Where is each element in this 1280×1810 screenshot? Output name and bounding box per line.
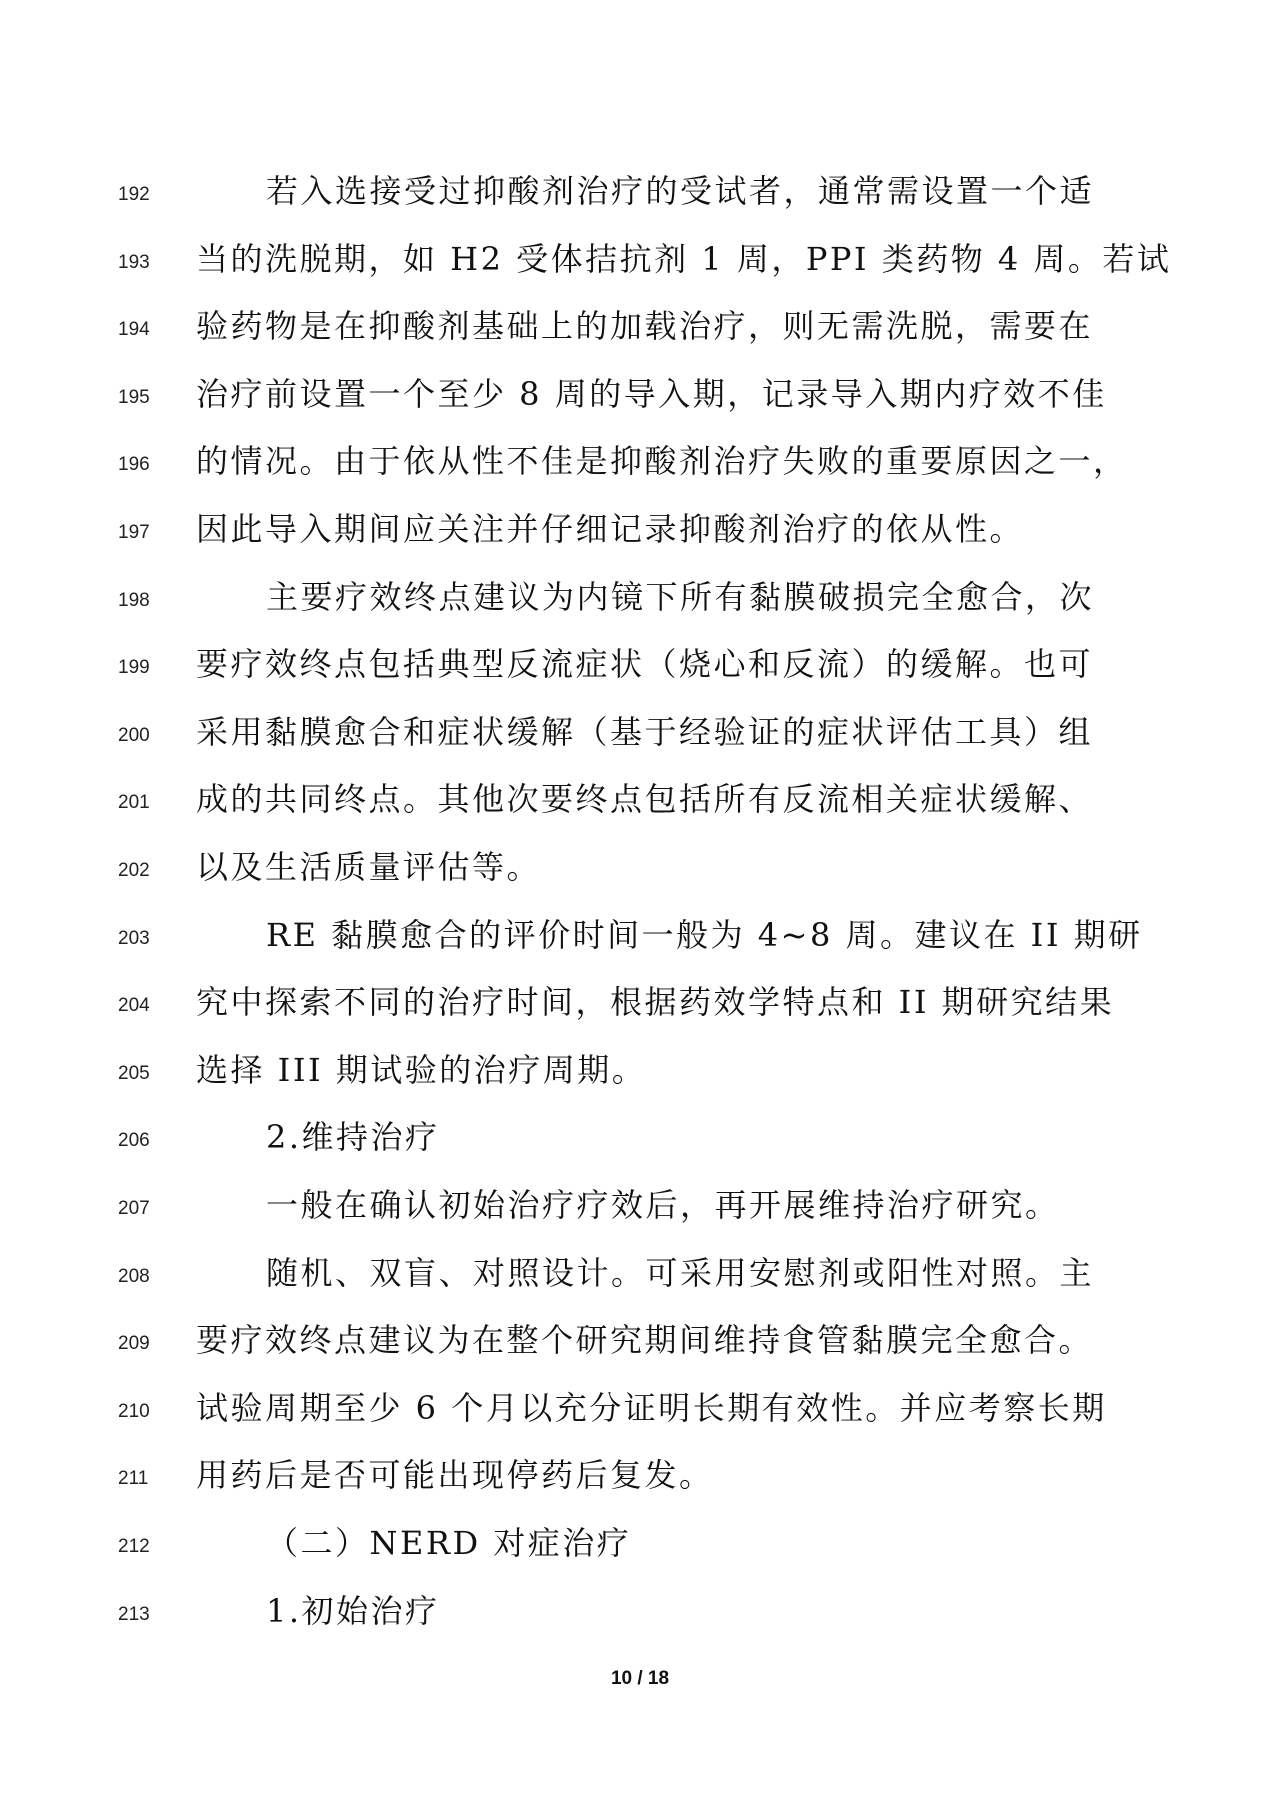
text-line: 209要疗效终点建议为在整个研究期间维持食管黏膜完全愈合。 bbox=[0, 1309, 1280, 1377]
line-number: 208 bbox=[118, 1266, 168, 1288]
line-text: 主要疗效终点建议为内镜下所有黏膜破损完全愈合，次 bbox=[266, 572, 1094, 618]
text-line: 201成的共同终点。其他次要终点包括所有反流相关症状缓解、 bbox=[0, 768, 1280, 836]
line-number: 195 bbox=[118, 387, 168, 409]
line-number: 206 bbox=[118, 1130, 168, 1152]
line-text: RE 黏膜愈合的评价时间一般为 4~8 周。建议在 II 期研 bbox=[266, 910, 1143, 956]
text-line: 198主要疗效终点建议为内镜下所有黏膜破损完全愈合，次 bbox=[0, 566, 1280, 634]
text-line: 193当的洗脱期，如 H2 受体拮抗剂 1 周，PPI 类药物 4 周。若试 bbox=[0, 228, 1280, 296]
line-text: 成的共同终点。其他次要终点包括所有反流相关症状缓解、 bbox=[196, 774, 1093, 820]
line-number: 202 bbox=[118, 860, 168, 882]
text-line: 210试验周期至少 6 个月以充分证明长期有效性。并应考察长期 bbox=[0, 1377, 1280, 1445]
line-text: 以及生活质量评估等。 bbox=[196, 842, 541, 888]
line-text: 试验周期至少 6 个月以充分证明长期有效性。并应考察长期 bbox=[196, 1383, 1107, 1429]
text-line: 194验药物是在抑酸剂基础上的加载治疗，则无需洗脱，需要在 bbox=[0, 295, 1280, 363]
text-line: 212（二）NERD 对症治疗 bbox=[0, 1512, 1280, 1580]
line-number: 204 bbox=[118, 995, 168, 1017]
line-number: 207 bbox=[118, 1198, 168, 1220]
line-number: 212 bbox=[118, 1536, 168, 1558]
document-page: 192若入选接受过抑酸剂治疗的受试者，通常需设置一个适193当的洗脱期，如 H2… bbox=[0, 0, 1280, 1810]
line-text: 治疗前设置一个至少 8 周的导入期，记录导入期内疗效不佳 bbox=[196, 369, 1107, 415]
line-number: 209 bbox=[118, 1333, 168, 1355]
text-line: 2062.维持治疗 bbox=[0, 1106, 1280, 1174]
line-number: 203 bbox=[118, 928, 168, 950]
line-text: 采用黏膜愈合和症状缓解（基于经验证的症状评估工具）组 bbox=[196, 707, 1093, 753]
line-number: 211 bbox=[118, 1468, 168, 1490]
line-text: 当的洗脱期，如 H2 受体拮抗剂 1 周，PPI 类药物 4 周。若试 bbox=[196, 234, 1171, 280]
text-line: 200采用黏膜愈合和症状缓解（基于经验证的症状评估工具）组 bbox=[0, 701, 1280, 769]
line-text: 因此导入期间应关注并仔细记录抑酸剂治疗的依从性。 bbox=[196, 504, 1024, 550]
page-indicator: 10 / 18 bbox=[0, 1668, 1280, 1690]
text-line: 205选择 III 期试验的治疗周期。 bbox=[0, 1039, 1280, 1107]
line-text: 一般在确认初始治疗疗效后，再开展维持治疗研究。 bbox=[266, 1180, 1060, 1226]
line-number: 199 bbox=[118, 657, 168, 679]
text-line: 208随机、双盲、对照设计。可采用安慰剂或阳性对照。主 bbox=[0, 1242, 1280, 1310]
text-line: 203RE 黏膜愈合的评价时间一般为 4~8 周。建议在 II 期研 bbox=[0, 904, 1280, 972]
line-text: 随机、双盲、对照设计。可采用安慰剂或阳性对照。主 bbox=[266, 1248, 1094, 1294]
line-number: 210 bbox=[118, 1401, 168, 1423]
line-text: 选择 III 期试验的治疗周期。 bbox=[196, 1045, 646, 1091]
line-text: （二）NERD 对症治疗 bbox=[266, 1518, 631, 1564]
line-text: 1.初始治疗 bbox=[266, 1586, 440, 1632]
text-line: 192若入选接受过抑酸剂治疗的受试者，通常需设置一个适 bbox=[0, 160, 1280, 228]
line-text: 的情况。由于依从性不佳是抑酸剂治疗失败的重要原因之一， bbox=[196, 436, 1128, 482]
line-number: 194 bbox=[118, 319, 168, 341]
line-number: 197 bbox=[118, 522, 168, 544]
line-number: 205 bbox=[118, 1063, 168, 1085]
line-text: 2.维持治疗 bbox=[266, 1112, 440, 1158]
line-text: 究中探索不同的治疗时间，根据药效学特点和 II 期研究结果 bbox=[196, 977, 1114, 1023]
text-line: 211用药后是否可能出现停药后复发。 bbox=[0, 1444, 1280, 1512]
line-text: 若入选接受过抑酸剂治疗的受试者，通常需设置一个适 bbox=[266, 166, 1094, 212]
line-text: 用药后是否可能出现停药后复发。 bbox=[196, 1450, 714, 1496]
text-line: 197因此导入期间应关注并仔细记录抑酸剂治疗的依从性。 bbox=[0, 498, 1280, 566]
text-line: 207一般在确认初始治疗疗效后，再开展维持治疗研究。 bbox=[0, 1174, 1280, 1242]
line-number: 213 bbox=[118, 1604, 168, 1626]
line-number: 198 bbox=[118, 590, 168, 612]
line-number: 200 bbox=[118, 725, 168, 747]
text-line: 199要疗效终点包括典型反流症状（烧心和反流）的缓解。也可 bbox=[0, 633, 1280, 701]
line-text: 验药物是在抑酸剂基础上的加载治疗，则无需洗脱，需要在 bbox=[196, 301, 1093, 347]
text-line: 202以及生活质量评估等。 bbox=[0, 836, 1280, 904]
text-line: 204究中探索不同的治疗时间，根据药效学特点和 II 期研究结果 bbox=[0, 971, 1280, 1039]
line-number: 192 bbox=[118, 184, 168, 206]
line-text: 要疗效终点建议为在整个研究期间维持食管黏膜完全愈合。 bbox=[196, 1315, 1093, 1361]
text-line: 2131.初始治疗 bbox=[0, 1580, 1280, 1648]
line-number: 193 bbox=[118, 252, 168, 274]
text-line: 195治疗前设置一个至少 8 周的导入期，记录导入期内疗效不佳 bbox=[0, 363, 1280, 431]
line-number: 196 bbox=[118, 454, 168, 476]
line-text: 要疗效终点包括典型反流症状（烧心和反流）的缓解。也可 bbox=[196, 639, 1093, 685]
text-line: 196的情况。由于依从性不佳是抑酸剂治疗失败的重要原因之一， bbox=[0, 430, 1280, 498]
line-number: 201 bbox=[118, 792, 168, 814]
